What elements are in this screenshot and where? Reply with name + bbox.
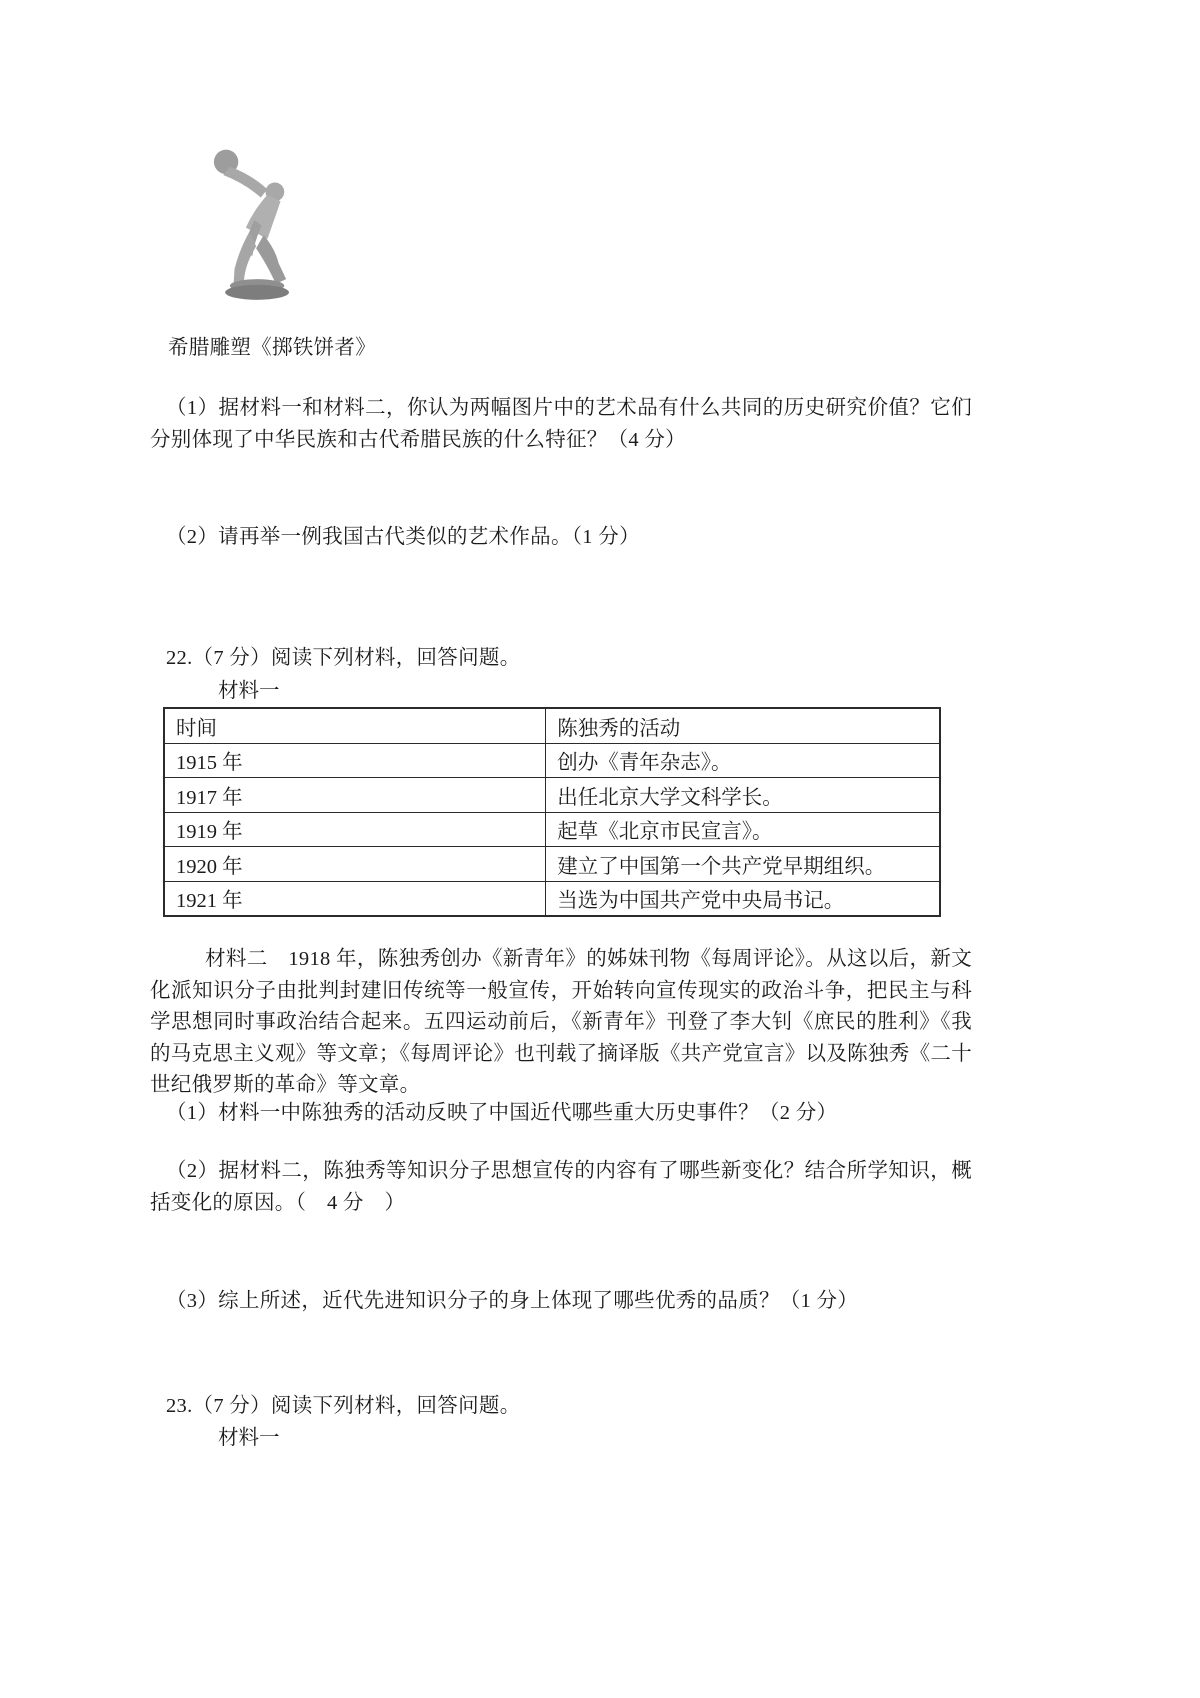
discobolus-statue-image (197, 136, 319, 306)
col-header-time: 时间 (164, 708, 546, 743)
discobolus-statue-svg (197, 136, 319, 306)
q22-subquestion-3: （3）综上所述，近代先进知识分子的身上体现了哪些优秀的品质？（1 分） (150, 1286, 972, 1318)
table-row: 1919 年 起草《北京市民宣言》。 (164, 812, 940, 847)
statue-caption: 希腊雕塑《掷铁饼者》 (168, 333, 568, 365)
table-row: 1917 年 出任北京大学文科学长。 (164, 778, 940, 813)
table-header-row: 时间 陈独秀的活动 (164, 708, 940, 743)
col-header-activity: 陈独秀的活动 (546, 708, 940, 743)
question-23-title: 23.（7 分）阅读下列材料，回答问题。 (150, 1391, 972, 1423)
q23-material1-label: 材料一 (218, 1424, 280, 1452)
art-question-1: （1）据材料一和材料二，你认为两幅图片中的艺术品有什么共同的历史研究价值？它们分… (150, 393, 972, 456)
exam-paper-page: 希腊雕塑《掷铁饼者》 （1）据材料一和材料二，你认为两幅图片中的艺术品有什么共同… (0, 0, 1200, 1698)
chen-duxiu-activities-table: 时间 陈独秀的活动 1915 年 创办《青年杂志》。 1917 年 出任北京大学… (163, 707, 941, 917)
table-row: 1920 年 建立了中国第一个共产党早期组织。 (164, 847, 940, 882)
table-row: 1921 年 当选为中国共产党中央局书记。 (164, 881, 940, 916)
art-question-2: （2）请再举一例我国古代类似的艺术作品。（1 分） (150, 522, 972, 554)
question-22-title: 22.（7 分）阅读下列材料，回答问题。 (150, 643, 972, 675)
q22-material2-paragraph: 材料二 1918 年，陈独秀创办《新青年》的姊妹刊物《每周评论》。从这以后，新文… (150, 944, 972, 1102)
q22-subquestion-1: （1）材料一中陈独秀的活动反映了中国近代哪些重大历史事件？（2 分） (150, 1098, 972, 1130)
table-row: 1915 年 创办《青年杂志》。 (164, 743, 940, 778)
q22-subquestion-2: （2）据材料二，陈独秀等知识分子思想宣传的内容有了哪些新变化？结合所学知识，概括… (150, 1156, 972, 1219)
q22-material1-label: 材料一 (218, 677, 280, 705)
